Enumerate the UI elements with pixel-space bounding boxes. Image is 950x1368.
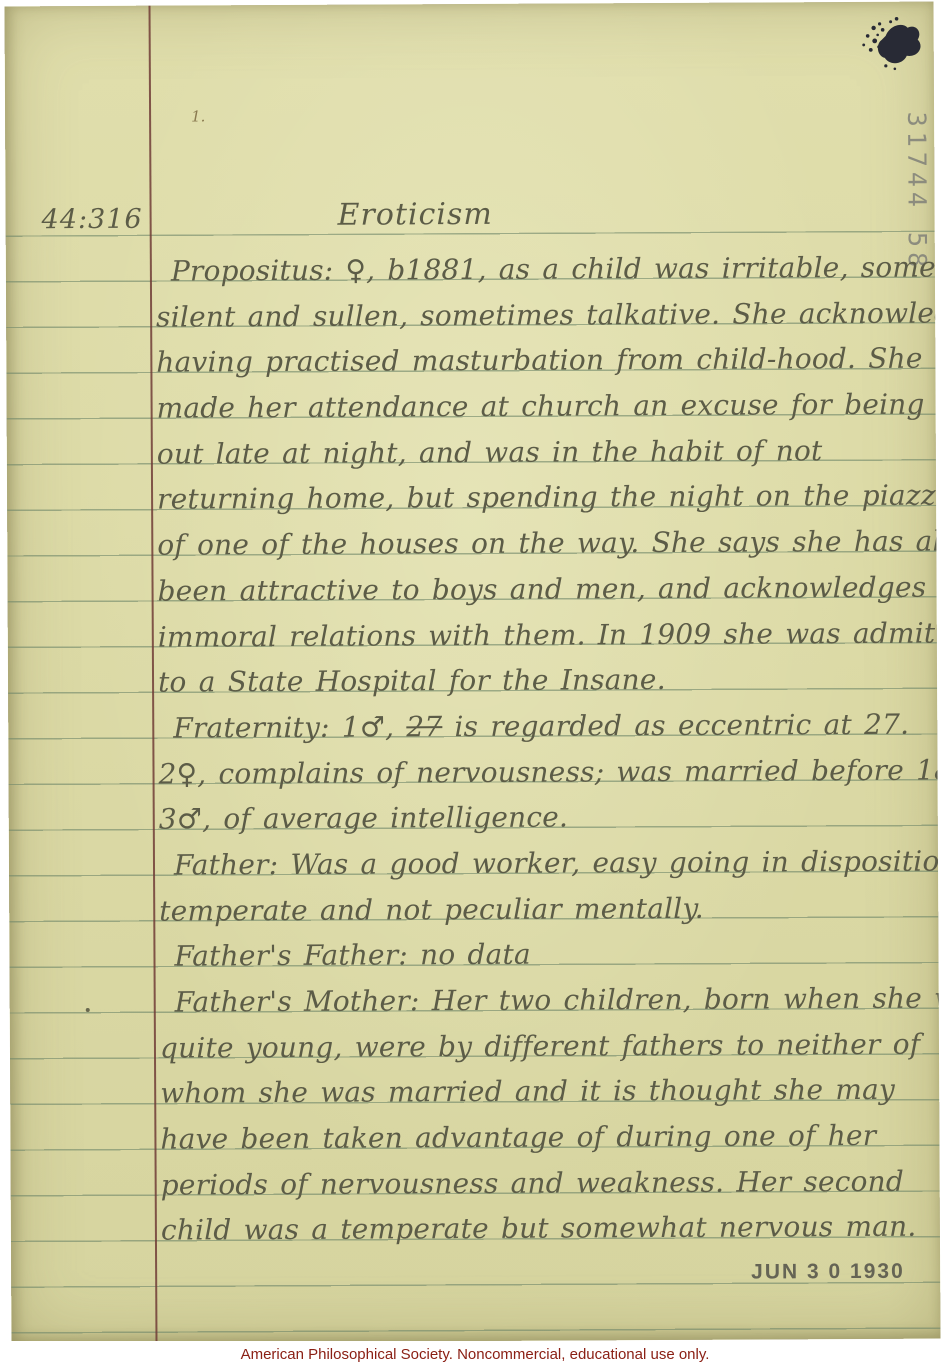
handwritten-line: Father's Father: no data xyxy=(159,930,940,980)
handwritten-line: temperate and not peculiar mentally. xyxy=(159,884,940,934)
handwritten-line: having practised masturbation from child… xyxy=(156,336,938,386)
handwritten-line: returning home, but spending the night o… xyxy=(157,473,939,523)
handwritten-line: 2♀, complains of nervousness; was marrie… xyxy=(158,747,940,797)
handwritten-body: Propositus: ♀, b1881, as a child was irr… xyxy=(156,245,941,1254)
handwritten-line-fraternity: Fraternity: 1♂, 27 is regarded as eccent… xyxy=(158,701,940,751)
handwritten-line: quite young, were by different fathers t… xyxy=(160,1021,941,1071)
handwritten-line: out late at night, and was in the habit … xyxy=(157,427,939,477)
archive-footer-caption: American Philosophical Society. Noncomme… xyxy=(0,1341,950,1368)
handwritten-line: periods of nervousness and weakness. Her… xyxy=(161,1158,941,1208)
margin-dot xyxy=(86,1008,90,1012)
handwritten-line: whom she was married and it is thought s… xyxy=(160,1067,940,1117)
handwritten-line: have been taken advantage of during one … xyxy=(160,1113,940,1163)
accession-number-stamp: 31744 58 xyxy=(905,112,932,262)
handwritten-line: Father: Was a good worker, easy going in… xyxy=(159,838,941,888)
handwritten-line: 3♂, of average intelligence. xyxy=(159,793,941,843)
handwritten-line: silent and sullen, sometimes talkative. … xyxy=(156,290,938,340)
fraternity-post: is regarded as eccentric at 27. xyxy=(442,708,909,743)
handwritten-line: made her attendance at church an excuse … xyxy=(156,382,938,432)
date-received-stamp: JUN 3 0 1930 xyxy=(751,1260,905,1285)
ink-blot-icon xyxy=(850,14,925,74)
notebook-page: 31744 58 44:316 Eroticism 1. Propositus:… xyxy=(5,2,941,1344)
fraternity-struck-text: 27 xyxy=(406,710,442,743)
handwritten-line: been attractive to boys and men, and ack… xyxy=(157,564,939,614)
corner-mark: 1. xyxy=(191,107,205,125)
page-title: Eroticism xyxy=(338,197,493,233)
ledger-number: 44:316 xyxy=(42,204,143,236)
handwritten-line: Propositus: ♀, b1881, as a child was irr… xyxy=(156,245,938,295)
handwritten-line: immoral relations with them. In 1909 she… xyxy=(158,610,940,660)
fraternity-pre: Fraternity: 1♂, xyxy=(173,710,406,744)
handwritten-line: child was a temperate but somewhat nervo… xyxy=(161,1204,941,1254)
handwritten-line: to a State Hospital for the Insane. xyxy=(158,656,940,706)
handwritten-line: of one of the houses on the way. She say… xyxy=(157,519,939,569)
handwritten-line: Father's Mother: Her two children, born … xyxy=(160,976,941,1026)
scan-canvas: 31744 58 44:316 Eroticism 1. Propositus:… xyxy=(0,0,950,1368)
